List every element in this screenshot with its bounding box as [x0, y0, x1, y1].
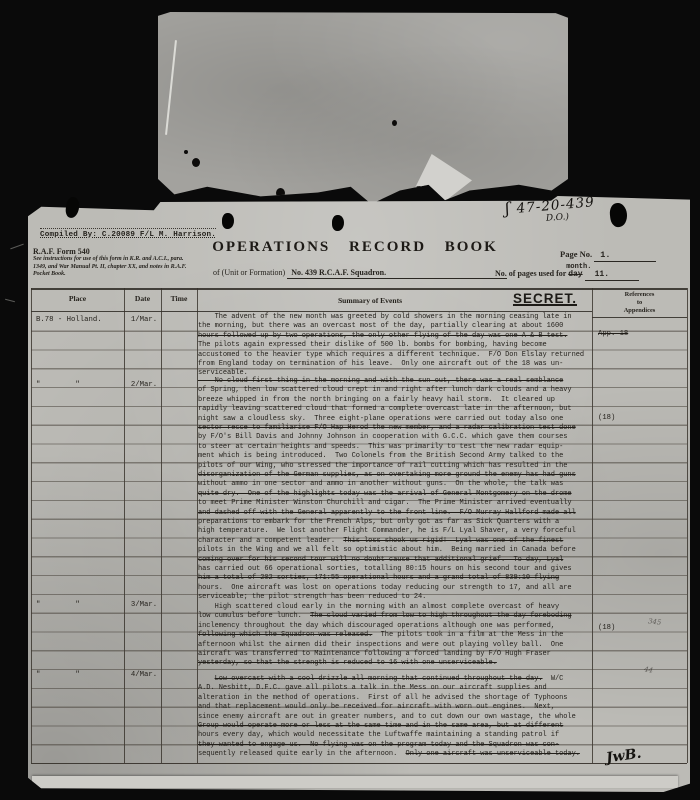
unit-label: of (Unit or Formation): [213, 268, 285, 277]
summary-text: afternoon whilst the airmen did their in…: [198, 641, 563, 649]
struck-text: they wanted to engage us. No flying was …: [198, 741, 559, 749]
pages-used-struck-word: month.day: [568, 270, 582, 279]
scratch-mark: [5, 299, 15, 303]
summary-text: without ammo in one sector and ammo in a…: [198, 480, 563, 488]
table-top-border: [31, 288, 687, 290]
ink-speck: [184, 150, 188, 154]
page-title: OPERATIONS RECORD BOOK: [200, 239, 510, 256]
summary-text: from England today on termination of his…: [198, 360, 563, 368]
punch-hole: [222, 213, 234, 229]
date-value: 1/Mar.: [126, 316, 162, 324]
summary-line: low cumulus before lunch. The cloud vari…: [198, 612, 592, 621]
place-ditto: " ": [36, 601, 122, 609]
summary-line: hours every day, which would necessitate…: [198, 731, 592, 740]
struck-text: Only one aircraft was unserviceable toda…: [406, 750, 580, 758]
pencil-margin-mark: 44: [643, 665, 653, 674]
struck-text: quite dry. One of the highlights today w…: [198, 490, 572, 498]
summary-line: No cloud first thing in the morning and …: [198, 377, 592, 386]
summary-text: The pilots took in a film at the Mess in…: [372, 631, 563, 639]
summary-line: yesterday, so that the strength is reduc…: [198, 659, 592, 668]
ink-speck: [192, 158, 200, 167]
summary-text: The pilots again expressed their dislike…: [198, 341, 547, 349]
pencil-margin-mark: 345: [648, 617, 662, 626]
summary-line: from England today on termination of his…: [198, 360, 592, 369]
summary-line: the morning, but there was an overcast m…: [198, 322, 592, 331]
struck-text: disorganization of the German supplies, …: [198, 471, 576, 479]
summary-line: without ammo in one sector and ammo in a…: [198, 480, 592, 489]
summary-line: hours followed up by two operations, the…: [198, 332, 592, 341]
summary-text: preparations to embark for the French Al…: [198, 518, 559, 526]
summary-line: they wanted to engage us. No flying was …: [198, 741, 592, 750]
summary-text: and that replacement would only be recei…: [198, 703, 555, 711]
scratch-mark: [10, 244, 23, 250]
summary-line: him a total of 202 sorties, 171:55 opera…: [198, 574, 592, 583]
summary-line: alteration in the method of operations. …: [198, 694, 592, 703]
summary-line: and dashed off with the General apparent…: [198, 509, 592, 518]
summary-line: pilots of our Wing, who stressed the imp…: [198, 462, 592, 471]
summary-line: The advent of the new month was greeted …: [198, 313, 592, 322]
summary-line: The pilots again expressed their dislike…: [198, 341, 592, 350]
paper-crease: [165, 40, 177, 135]
archival-photo-background: ʃ 47-20-439 D.O.) Compiled By: C.20089 F…: [0, 0, 700, 800]
pages-used-label: No. of pages used for: [495, 269, 566, 278]
summary-text: pilots in the Wing and we all felt so op…: [198, 546, 576, 554]
secret-classification: SECRET.: [505, 291, 585, 306]
page-number-label: Page No.: [560, 249, 592, 259]
summary-line: quite dry. One of the highlights today w…: [198, 490, 592, 499]
summary-text: the morning, but there was an overcast m…: [198, 322, 563, 330]
summary-text: low cumulus before lunch.: [198, 612, 310, 620]
unit-value: No. 439 R.C.A.F. Squadron.: [287, 268, 507, 279]
unit-line: of (Unit or Formation) No. 439 R.C.A.F. …: [213, 268, 507, 279]
summary-line: high temperature. We lost another Flight…: [198, 527, 592, 536]
summary-line: A.D. Nesbitt, D.F.C. gave all pilots a t…: [198, 684, 592, 693]
summary-text: accustomed to the heavier type which req…: [198, 351, 584, 359]
struck-text: and dashed off with the General apparent…: [198, 509, 576, 517]
torn-page-flap: [158, 12, 568, 204]
summary-line: afternoon whilst the airmen did their in…: [198, 641, 592, 650]
summary-text: of Spring, then low scattered cloud crep…: [198, 386, 572, 394]
punch-hole: [276, 188, 285, 198]
summary-text: W/C: [543, 675, 564, 683]
page-number-line: Page No. 1.: [560, 249, 656, 262]
summary-line: of Spring, then low scattered cloud crep…: [198, 386, 592, 395]
form-instructions: See instructions for use of this form in…: [33, 256, 193, 279]
place-ditto: " ": [36, 671, 122, 679]
summary-line: sequently released quite early in the af…: [198, 750, 592, 759]
compiled-by-stamp: Compiled By: C.20089 F/L M. Harrison.: [40, 228, 216, 239]
summary-line: to steer at certain heights and speeds. …: [198, 443, 592, 452]
summary-text: hours. One aircraft was lost on operatio…: [198, 584, 572, 592]
summary-text: character and a competent leader.: [198, 537, 343, 545]
summary-line: sector recce to familiarise F/O Hap Hero…: [198, 424, 592, 433]
struck-text: following which the Squadron was release…: [198, 631, 372, 639]
summary-line: since enemy aircraft are out in greater …: [198, 713, 592, 722]
summary-line: pilots in the Wing and we all felt so op…: [198, 546, 592, 555]
summary-text: hours every day, which would necessitate…: [198, 731, 559, 739]
column-header-summary: Summary of Events: [250, 296, 490, 305]
handwritten-initials: D.O.): [546, 212, 570, 224]
punch-hole: [414, 186, 424, 197]
summary-line: accustomed to the heavier type which req…: [198, 351, 592, 360]
summary-text: aircraft was transferred to Maintenance …: [198, 650, 551, 658]
summary-text: to meet Prime Minister Winston Churchill…: [198, 499, 572, 507]
summary-text: A.D. Nesbitt, D.F.C. gave all pilots a t…: [198, 684, 547, 692]
summary-line: has carried out 66 operational sorties, …: [198, 565, 592, 574]
reference-mark: App. 18: [598, 330, 678, 338]
summary-line: night saw a cloudless sky. Three eight-p…: [198, 415, 592, 424]
date-value: 4/Mar.: [126, 671, 162, 679]
struck-text: yesterday, so that the strength is reduc…: [198, 659, 497, 667]
struck-text: This loss shook us rigid! Lyal was one o…: [343, 537, 563, 545]
struck-text: coming over for his second tour will no …: [198, 556, 563, 564]
pages-used-value: 11.: [585, 270, 639, 281]
summary-line: to meet Prime Minister Winston Churchill…: [198, 499, 592, 508]
table-header-border: [31, 311, 592, 312]
reference-mark: (18): [598, 414, 678, 422]
summary-line: disorganization of the German supplies, …: [198, 471, 592, 480]
summary-line: Low overcast with a cool drizzle all mor…: [198, 675, 592, 684]
struck-text: him a total of 202 sorties, 171:55 opera…: [198, 574, 559, 582]
struck-text: hours followed up by two operations, the…: [198, 332, 567, 340]
form-number: R.A.F. Form 540: [33, 247, 90, 256]
reference-mark: (18): [598, 624, 678, 632]
page-bottom-edge: [32, 776, 678, 788]
summary-line: serviceable; the pilot strength has been…: [198, 593, 592, 602]
pages-used-line: No. of pages used for month.day 11.: [495, 269, 639, 281]
summary-text: serviceable; the pilot strength has been…: [198, 593, 426, 601]
summary-text: High scattered cloud early in the mornin…: [198, 603, 559, 611]
summary-line: preparations to embark for the French Al…: [198, 518, 592, 527]
summary-line: ment which is being introduced. Two Colo…: [198, 452, 592, 461]
summary-text: alteration in the method of operations. …: [198, 694, 567, 702]
pages-used-correction: month.: [566, 263, 591, 271]
summary-text: rapidly leaving scattered cloud that for…: [198, 405, 572, 413]
ink-speck: [392, 120, 397, 126]
summary-text: [198, 675, 215, 683]
summary-line: Group would operate more or less at the …: [198, 722, 592, 731]
summary-line: High scattered cloud early in the mornin…: [198, 603, 592, 612]
summary-line: hours. One aircraft was lost on operatio…: [198, 584, 592, 593]
struck-text: sector recce to familiarise F/O Hap Hero…: [198, 424, 576, 432]
summary-text: night saw a cloudless sky. Three eight-p…: [198, 415, 563, 423]
struck-text: Low overcast with a cool drizzle all mor…: [215, 675, 543, 683]
date-value: 2/Mar.: [126, 381, 162, 389]
column-header-time: Time: [161, 294, 197, 303]
summary-line: coming over for his second tour will no …: [198, 556, 592, 565]
page-number-value: 1.: [594, 250, 656, 262]
summary-line: rapidly leaving scattered cloud that for…: [198, 405, 592, 414]
table-border-right: [687, 288, 688, 763]
summary-text: since enemy aircraft are out in greater …: [198, 713, 576, 721]
summary-line: following which the Squadron was release…: [198, 631, 592, 640]
summary-text: The advent of the new month was greeted …: [198, 313, 572, 321]
summary-text: to steer at certain heights and speeds. …: [198, 443, 563, 451]
column-header-references: References to Appendices: [592, 291, 687, 315]
summary-line: by F/O's Bill Davis and Johnny Johnson i…: [198, 433, 592, 442]
summary-line: inclemency throughout the day which disc…: [198, 622, 592, 631]
place-ditto: " ": [36, 381, 122, 389]
summary-line: breeze whipped in from the north bringin…: [198, 396, 592, 405]
summary-text: by F/O's Bill Davis and Johnny Johnson i…: [198, 433, 567, 441]
summary-line: and that replacement would only be recei…: [198, 703, 592, 712]
column-header-date: Date: [124, 294, 161, 303]
paper-fold: [410, 154, 472, 202]
struck-text: No cloud first thing in the morning and …: [198, 377, 563, 385]
struck-text: The cloud varied from low to high throug…: [310, 612, 572, 620]
place-value: B.78 - Holland.: [36, 316, 122, 324]
summary-text: inclemency throughout the day which disc…: [198, 622, 555, 630]
summary-text: high temperature. We lost another Flight…: [198, 527, 576, 535]
struck-text: Group would operate more or less at the …: [198, 722, 563, 730]
summary-text: pilots of our Wing, who stressed the imp…: [198, 462, 567, 470]
summary-line: aircraft was transferred to Maintenance …: [198, 650, 592, 659]
column-header-place: Place: [31, 294, 124, 303]
punch-hole: [332, 215, 344, 231]
summary-text: has carried out 66 operational sorties, …: [198, 565, 572, 573]
summary-text: sequently released quite early in the af…: [198, 750, 406, 758]
date-value: 3/Mar.: [126, 601, 162, 609]
summary-line: character and a competent leader. This l…: [198, 537, 592, 546]
summary-text: breeze whipped in from the north bringin…: [198, 396, 555, 404]
summary-text: ment which is being introduced. Two Colo…: [198, 452, 563, 460]
